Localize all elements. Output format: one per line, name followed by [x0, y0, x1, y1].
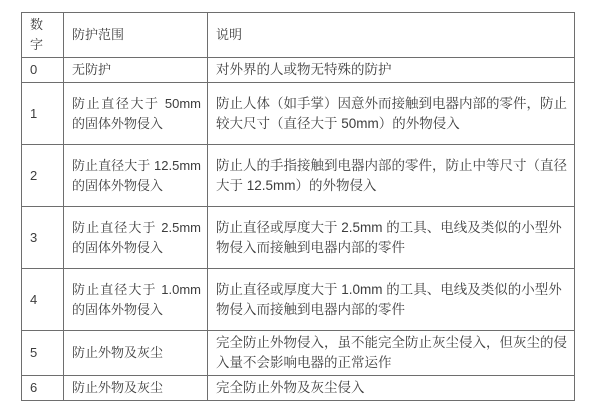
digit-cell: 5 — [22, 331, 64, 376]
ip-protection-table: 数 字 防护范围 说明 0 无防护 对外界的人或物无特殊的防护 1 防止直径大于… — [21, 12, 575, 401]
scope-cell: 防止直径大于 50mm 的固体外物侵入 — [64, 83, 208, 145]
digit-cell: 2 — [22, 145, 64, 207]
desc-cell: 防止人体（如手掌）因意外而接触到电器内部的零件，防止较大尺寸（直径大于 50mm… — [208, 83, 575, 145]
digit-cell: 4 — [22, 269, 64, 331]
digit-cell: 1 — [22, 83, 64, 145]
desc-cell: 完全防止外物及灰尘侵入 — [208, 376, 575, 401]
desc-cell: 防止人的手指接触到电器内部的零件，防止中等尺寸（直径大于 12.5mm）的外物侵… — [208, 145, 575, 207]
digit-cell: 6 — [22, 376, 64, 401]
table-row: 1 防止直径大于 50mm 的固体外物侵入 防止人体（如手掌）因意外而接触到电器… — [22, 83, 575, 145]
column-header-desc: 说明 — [208, 13, 575, 58]
digit-cell: 3 — [22, 207, 64, 269]
desc-cell: 完全防止外物侵入，虽不能完全防止灰尘侵入，但灰尘的侵入量不会影响电器的正常运作 — [208, 331, 575, 376]
table-row: 3 防止直径大于 2.5mm 的固体外物侵入 防止直径或厚度大于 2.5mm 的… — [22, 207, 575, 269]
scope-cell: 无防护 — [64, 58, 208, 83]
scope-cell: 防止外物及灰尘 — [64, 376, 208, 401]
table-header-row: 数 字 防护范围 说明 — [22, 13, 575, 58]
table-row: 0 无防护 对外界的人或物无特殊的防护 — [22, 58, 575, 83]
table-row: 2 防止直径大于 12.5mm 的固体外物侵入 防止人的手指接触到电器内部的零件… — [22, 145, 575, 207]
column-header-scope: 防护范围 — [64, 13, 208, 58]
column-header-digit: 数 字 — [22, 13, 64, 58]
scope-cell: 防止直径大于 2.5mm 的固体外物侵入 — [64, 207, 208, 269]
digit-cell: 0 — [22, 58, 64, 83]
scope-cell: 防止直径大于 1.0mm 的固体外物侵入 — [64, 269, 208, 331]
table-row: 6 防止外物及灰尘 完全防止外物及灰尘侵入 — [22, 376, 575, 401]
table-row: 5 防止外物及灰尘 完全防止外物侵入，虽不能完全防止灰尘侵入，但灰尘的侵入量不会… — [22, 331, 575, 376]
scope-cell: 防止直径大于 12.5mm 的固体外物侵入 — [64, 145, 208, 207]
table-row: 4 防止直径大于 1.0mm 的固体外物侵入 防止直径或厚度大于 1.0mm 的… — [22, 269, 575, 331]
desc-cell: 对外界的人或物无特殊的防护 — [208, 58, 575, 83]
page: 数 字 防护范围 说明 0 无防护 对外界的人或物无特殊的防护 1 防止直径大于… — [0, 0, 592, 404]
desc-cell: 防止直径或厚度大于 1.0mm 的工具、电线及类似的小型外物侵入而接触到电器内部… — [208, 269, 575, 331]
desc-cell: 防止直径或厚度大于 2.5mm 的工具、电线及类似的小型外物侵入而接触到电器内部… — [208, 207, 575, 269]
scope-cell: 防止外物及灰尘 — [64, 331, 208, 376]
